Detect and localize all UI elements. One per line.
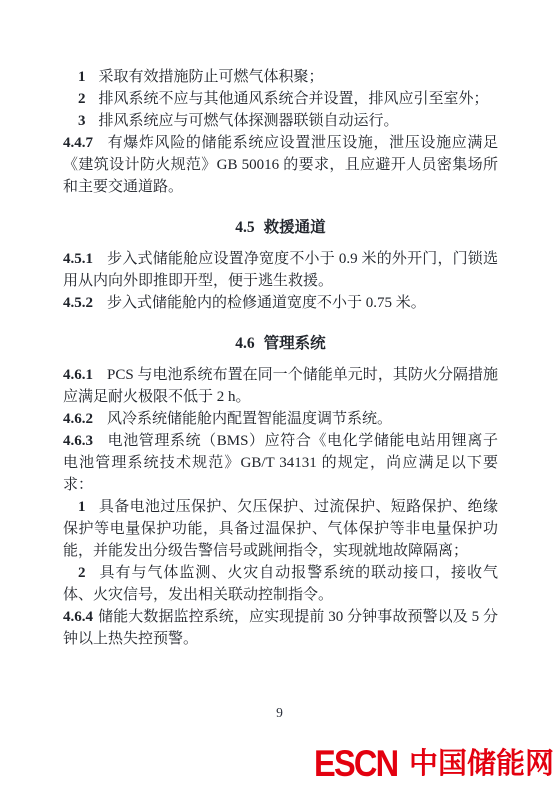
clause-number: 4.6.4 — [63, 609, 93, 625]
clause-text: PCS 与电池系统布置在同一个储能单元时，其防火分隔措施应满足耐火极限不低于 2… — [63, 367, 498, 405]
list-item-text: 排风系统不应与其他通风系统合并设置，排风应引至室外； — [99, 91, 489, 107]
clause-number: 4.5.2 — [63, 295, 93, 311]
list-item-1: 1采取有效措施防止可燃气体积聚； — [63, 66, 498, 88]
clause-text: 风冷系统储能舱内配置智能温度调节系统。 — [107, 411, 392, 427]
escn-watermark-logo: ESCN 中国储能网 — [314, 746, 554, 782]
escn-logo-latin-text: ESCN — [314, 746, 397, 782]
section-heading-4-5: 4.5救援通道 — [63, 217, 498, 239]
clause-text: 电池管理系统（BMS）应符合《电化学储能电站用锂离子电池管理系统技术规范》GB/… — [63, 433, 498, 493]
list-item-number: 3 — [78, 113, 86, 129]
clause-number: 4.5.1 — [63, 251, 93, 267]
document-body: 1采取有效措施防止可燃气体积聚； 2排风系统不应与其他通风系统合并设置，排风应引… — [63, 66, 498, 650]
section-title: 救援通道 — [264, 219, 326, 236]
list-item-number: 2 — [78, 565, 86, 581]
section-number: 4.5 — [235, 219, 254, 236]
section-title: 管理系统 — [264, 335, 326, 352]
section-number: 4.6 — [235, 335, 254, 352]
clause-text: 步入式储能舱内的检修通道宽度不小于 0.75 米。 — [107, 295, 426, 311]
escn-logo-cjk-text: 中国储能网 — [409, 746, 554, 782]
page-number: 9 — [0, 705, 559, 721]
sub-item-2: 2具有与气体监测、火灾自动报警系统的联动接口，接收气体、火灾信号，发出相关联动控… — [63, 562, 498, 606]
list-item-2: 2排风系统不应与其他通风系统合并设置，排风应引至室外； — [63, 88, 498, 110]
clause-text: 步入式储能舱应设置净宽度不小于 0.9 米的外开门，门锁选用从内向外即推即开型，… — [63, 251, 498, 289]
clause-text: 储能大数据监控系统，应实现提前 30 分钟事故预警以及 5 分钟以上热失控预警。 — [63, 609, 498, 647]
clause-4-5-2: 4.5.2步入式储能舱内的检修通道宽度不小于 0.75 米。 — [63, 292, 498, 314]
list-item-3: 3排风系统应与可燃气体探测器联锁自动运行。 — [63, 110, 498, 132]
clause-4-6-4: 4.6.4储能大数据监控系统，应实现提前 30 分钟事故预警以及 5 分钟以上热… — [63, 606, 498, 650]
clause-4-6-2: 4.6.2风冷系统储能舱内配置智能温度调节系统。 — [63, 408, 498, 430]
list-item-text: 排风系统应与可燃气体探测器联锁自动运行。 — [99, 113, 399, 129]
clause-4-4-7: 4.4.7有爆炸风险的储能系统应设置泄压设施，泄压设施应满足《建筑设计防火规范》… — [63, 132, 498, 198]
clause-4-6-3: 4.6.3电池管理系统（BMS）应符合《电化学储能电站用锂离子电池管理系统技术规… — [63, 430, 498, 496]
clause-4-6-1: 4.6.1PCS 与电池系统布置在同一个储能单元时，其防火分隔措施应满足耐火极限… — [63, 364, 498, 408]
list-item-text: 具有与气体监测、火灾自动报警系统的联动接口，接收气体、火灾信号，发出相关联动控制… — [63, 565, 498, 603]
list-item-number: 1 — [78, 69, 86, 85]
list-item-text: 采取有效措施防止可燃气体积聚； — [99, 69, 324, 85]
clause-number: 4.6.3 — [63, 433, 93, 449]
clause-number: 4.6.1 — [63, 367, 93, 383]
list-item-number: 2 — [78, 91, 86, 107]
clause-text: 有爆炸风险的储能系统应设置泄压设施，泄压设施应满足《建筑设计防火规范》GB 50… — [63, 135, 498, 195]
list-item-text: 具备电池过压保护、欠压保护、过流保护、短路保护、绝缘保护等电量保护功能，具备过温… — [63, 499, 498, 559]
list-item-number: 1 — [78, 499, 86, 515]
section-heading-4-6: 4.6管理系统 — [63, 333, 498, 355]
clause-number: 4.6.2 — [63, 411, 93, 427]
document-page: 1采取有效措施防止可燃气体积聚； 2排风系统不应与其他通风系统合并设置，排风应引… — [0, 0, 559, 794]
clause-number: 4.4.7 — [63, 135, 93, 151]
clause-4-5-1: 4.5.1步入式储能舱应设置净宽度不小于 0.9 米的外开门，门锁选用从内向外即… — [63, 248, 498, 292]
sub-item-1: 1具备电池过压保护、欠压保护、过流保护、短路保护、绝缘保护等电量保护功能，具备过… — [63, 496, 498, 562]
